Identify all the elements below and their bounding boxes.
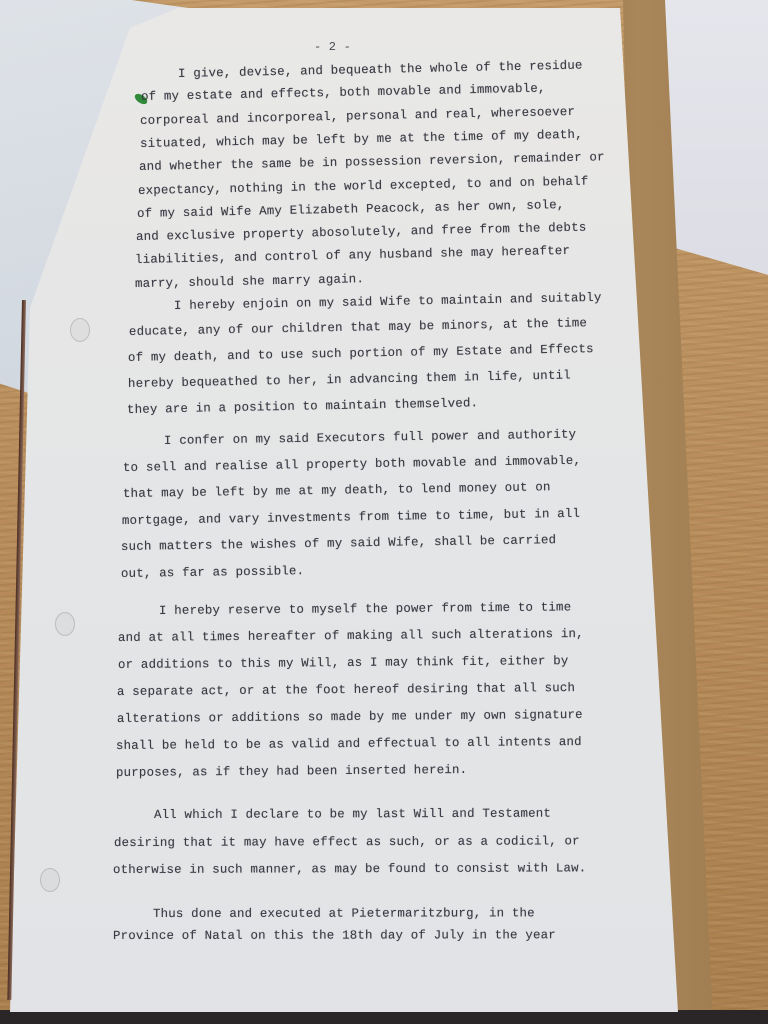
text-line: and at all times hereafter of making all…: [118, 627, 584, 645]
text-line: of my estate and effects, both movable a…: [141, 82, 546, 104]
text-line: they are in a position to maintain thems…: [127, 396, 478, 417]
text-line: of my said Wife Amy Elizabeth Peacock, a…: [137, 198, 565, 221]
text-line: expectancy, nothing in the world excepte…: [138, 174, 589, 197]
text-line: I confer on my said Executors full power…: [164, 428, 576, 448]
text-line: a separate act, or at the foot hereof de…: [117, 681, 575, 699]
text-line: purposes, as if they had been inserted h…: [116, 763, 467, 780]
text-line: I hereby enjoin on my said Wife to maint…: [174, 291, 602, 313]
text-line: hereby bequeathed to her, in advancing t…: [128, 368, 571, 390]
text-line: liabilities, and control of any husband …: [135, 244, 570, 267]
text-line: of my death, and to use such portion of …: [128, 342, 594, 365]
text-line: situated, which may be left by me at the…: [139, 128, 582, 151]
text-line: that may be left by me at my death, to l…: [123, 480, 551, 501]
text-line: and whether the same be in possession re…: [139, 150, 605, 174]
text-line: mortgage, and vary investments from time…: [122, 507, 580, 528]
text-line: shall be held to be as valid and effectu…: [116, 735, 582, 753]
text-line: educate, any of our children that may be…: [129, 316, 587, 339]
text-line: marry, should she marry again.: [135, 272, 364, 291]
text-line: otherwise in such manner, as may be foun…: [113, 861, 586, 877]
text-line: out, as far as possible.: [121, 564, 304, 581]
text-line: desiring that it may have effect as such…: [114, 834, 580, 850]
photo-scene: - 2 - I give, devise, and bequeath the w…: [0, 0, 768, 1024]
text-line: alterations or additions so made by me u…: [117, 708, 583, 726]
text-line: I give, devise, and bequeath the whole o…: [178, 59, 583, 81]
text-line: Thus done and executed at Pietermaritzbu…: [153, 906, 535, 921]
text-line: I hereby reserve to myself the power fro…: [159, 600, 571, 618]
text-line: such matters the wishes of my said Wife,…: [121, 534, 556, 555]
document-text: - 2 - I give, devise, and bequeath the w…: [0, 0, 768, 1024]
text-line: All which I declare to be my last Will a…: [154, 807, 551, 822]
text-line: or additions to this my Will, as I may t…: [118, 654, 569, 672]
page-number: - 2 -: [314, 40, 351, 54]
text-line: Province of Natal on this the 18th day o…: [113, 928, 556, 943]
text-line: corporeal and incorporeal, personal and …: [140, 104, 575, 127]
text-line: and exclusive property abosolutely, and …: [136, 221, 587, 244]
text-line: to sell and realise all property both mo…: [123, 453, 581, 474]
